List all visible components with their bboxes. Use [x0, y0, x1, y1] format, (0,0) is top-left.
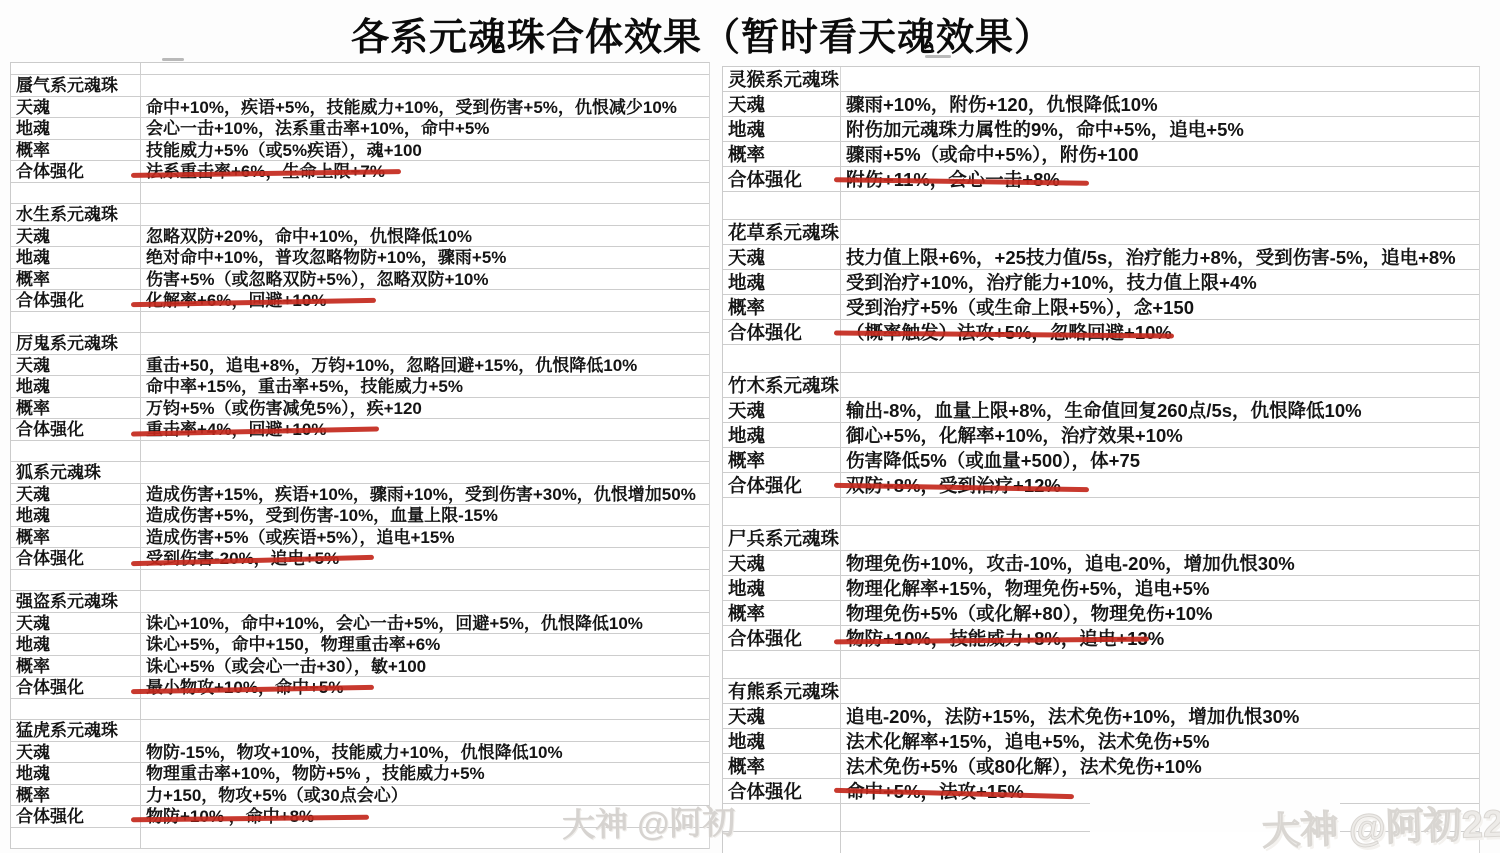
red-strikethrough-mark	[131, 426, 379, 436]
attribute-row: 合体强化附伤+11%，会心一击+8%	[723, 167, 1479, 192]
attribute-row: 概率骤雨+5%（或命中+5%），附伤+100	[723, 142, 1479, 167]
section-title-row: 狐系元魂珠	[11, 462, 709, 484]
row-label: 水生系元魂珠	[11, 204, 141, 225]
row-label: 天魂	[723, 398, 841, 422]
spacer-row	[11, 441, 709, 463]
row-value	[841, 679, 1479, 703]
row-label: 地魂	[723, 576, 841, 600]
row-label: 狐系元魂珠	[11, 462, 141, 483]
row-value: 会心一击+10%，法系重击率+10%，命中+5%	[141, 118, 709, 139]
row-value: 最小物攻+10%，命中+5%	[141, 677, 709, 698]
row-label: 天魂	[11, 742, 141, 763]
attribute-row: 概率造成伤害+5%（或疾语+5%），追电+15%	[11, 527, 709, 549]
row-value: 诛心+5%，命中+150，物理重击率+6%	[141, 634, 709, 655]
attribute-row: 地魂附伤加元魂珠力属性的9%，命中+5%，追电+5%	[723, 117, 1479, 142]
row-label: 天魂	[11, 613, 141, 634]
red-strikethrough-mark	[834, 331, 1174, 339]
attribute-row: 概率伤害+5%（或忽略双防+5%），忽略双防+10%	[11, 269, 709, 291]
row-label	[723, 832, 841, 853]
attribute-row: 天魂技力值上限+6%，+25技力值/5s，治疗能力+8%，受到伤害-5%，追电+…	[723, 245, 1479, 270]
blank-row	[723, 832, 1479, 853]
row-label	[723, 192, 841, 219]
row-value: 命中+10%，疾语+5%，技能威力+10%，受到伤害+5%，仇恨减少10%	[141, 97, 709, 118]
attribute-row: 合体强化（概率触发）法攻+5%，忽略回避+10%	[723, 320, 1479, 345]
row-value: 输出-8%，血量上限+8%，生命值回复260点/5s，仇恨降低10%	[841, 398, 1479, 422]
row-label: 合体强化	[11, 806, 141, 827]
row-label	[11, 312, 141, 333]
attribute-row: 天魂重击+50，追电+8%，万钧+10%，忽略回避+15%，仇恨降低10%	[11, 355, 709, 377]
attribute-row: 概率诛心+5%（或会心一击+30），敏+100	[11, 656, 709, 678]
row-value	[141, 183, 709, 204]
row-label: 有熊系元魂珠	[723, 679, 841, 703]
attribute-row: 地魂诛心+5%，命中+150，物理重击率+6%	[11, 634, 709, 656]
row-label: 灵猴系元魂珠	[723, 67, 841, 91]
row-value	[841, 498, 1479, 525]
row-value	[141, 204, 709, 225]
row-value: 物理免伤+5%（或化解+80），物理免伤+10%	[841, 601, 1479, 625]
row-label: 合体强化	[11, 677, 141, 698]
row-value: 重击+50，追电+8%，万钧+10%，忽略回避+15%，仇恨降低10%	[141, 355, 709, 376]
row-value: 物理免伤+10%，攻击-10%，追电-20%，增加仇恨30%	[841, 551, 1479, 575]
row-label: 概率	[723, 601, 841, 625]
row-label: 合体强化	[11, 548, 141, 569]
row-label: 地魂	[11, 376, 141, 397]
red-strikethrough-mark	[834, 483, 1089, 492]
section-title-row: 有熊系元魂珠	[723, 679, 1479, 704]
row-label: 地魂	[723, 117, 841, 141]
section-title-row: 厉鬼系元魂珠	[11, 333, 709, 355]
row-value: 绝对命中+10%，普攻忽略物防+10%，骤雨+5%	[141, 247, 709, 268]
attribute-row: 天魂命中+10%，疾语+5%，技能威力+10%，受到伤害+5%，仇恨减少10%	[11, 97, 709, 119]
row-label	[11, 828, 141, 849]
spacer-row	[723, 192, 1479, 220]
row-value: 物理化解率+15%，物理免伤+5%，追电+5%	[841, 576, 1479, 600]
attribute-row: 天魂输出-8%，血量上限+8%，生命值回复260点/5s，仇恨降低10%	[723, 398, 1479, 423]
attribute-row: 合体强化最小物攻+10%，命中+5%	[11, 677, 709, 699]
row-value	[141, 63, 709, 74]
row-value: 物防+10% ，命中+8%	[141, 806, 709, 827]
attribute-row: 合体强化物防+10%，技能威力+8%，追电+13%	[723, 626, 1479, 651]
row-value	[841, 345, 1479, 372]
row-label: 合体强化	[723, 626, 841, 650]
row-value: 技力值上限+6%，+25技力值/5s，治疗能力+8%，受到伤害-5%，追电+8%	[841, 245, 1479, 269]
row-value: 骤雨+10%，附伤+120，仇恨降低10%	[841, 92, 1479, 116]
row-value: 力+150，物攻+5%（或30点会心）	[141, 785, 709, 806]
attribute-row: 天魂诛心+10%，命中+10%，会心一击+5%，回避+5%，仇恨降低10%	[11, 613, 709, 635]
attribute-row: 概率法术免伤+5%（或80化解），法术免伤+10%	[723, 754, 1479, 779]
attribute-row: 概率万钧+5%（或伤害减免5%），疾+120	[11, 398, 709, 420]
row-value	[841, 192, 1479, 219]
row-label: 蜃气系元魂珠	[11, 75, 141, 96]
row-value: 造成伤害+5%，受到伤害-10%，血量上限-15%	[141, 505, 709, 526]
row-label: 尸兵系元魂珠	[723, 526, 841, 550]
row-value: 物理重击率+10%，物防+5% ，技能威力+5%	[141, 763, 709, 784]
row-value: 技能威力+5%（或5%疾语），魂+100	[141, 140, 709, 161]
row-value: 化解率+6%，回避+10%	[141, 290, 709, 311]
row-value: 伤害降低5%（或血量+500），体+75	[841, 448, 1479, 472]
row-label: 地魂	[11, 634, 141, 655]
row-value	[141, 828, 709, 849]
row-value: 万钧+5%（或伤害减免5%），疾+120	[141, 398, 709, 419]
page-title: 各系元魂珠合体效果（暂时看天魂效果）	[0, 6, 1404, 61]
attribute-row: 合体强化重击率+4%，回避+10%	[11, 419, 709, 441]
row-value	[141, 591, 709, 612]
attribute-row: 天魂追电-20%，法防+15%，法术免伤+10%，增加仇恨30%	[723, 704, 1479, 729]
row-value	[841, 67, 1479, 91]
row-value: 受到治疗+10%，治疗能力+10%，技力值上限+4%	[841, 270, 1479, 294]
row-label: 天魂	[11, 226, 141, 247]
attribute-row: 天魂骤雨+10%，附伤+120，仇恨降低10%	[723, 92, 1479, 117]
attribute-row: 地魂物理重击率+10%，物防+5% ，技能威力+5%	[11, 763, 709, 785]
row-value	[141, 333, 709, 354]
spacer-row	[723, 651, 1479, 679]
attribute-row: 天魂物防-15%，物攻+10%，技能威力+10%，仇恨降低10%	[11, 742, 709, 764]
row-value	[841, 220, 1479, 244]
attribute-row: 天魂物理免伤+10%，攻击-10%，追电-20%，增加仇恨30%	[723, 551, 1479, 576]
row-label	[723, 498, 841, 525]
section-title-row: 尸兵系元魂珠	[723, 526, 1479, 551]
row-label: 地魂	[723, 423, 841, 447]
row-value: 受到伤害-20%，追电+5%	[141, 548, 709, 569]
attribute-row: 合体强化法系重击率+6%，生命上限+7%	[11, 161, 709, 183]
attribute-row: 地魂造成伤害+5%，受到伤害-10%，血量上限-15%	[11, 505, 709, 527]
row-value: 附伤加元魂珠力属性的9%，命中+5%，追电+5%	[841, 117, 1479, 141]
row-value	[841, 526, 1479, 550]
row-label: 强盗系元魂珠	[11, 591, 141, 612]
red-strikethrough-mark	[131, 555, 374, 566]
row-label: 天魂	[723, 551, 841, 575]
row-label: 天魂	[11, 97, 141, 118]
attribute-row: 地魂会心一击+10%，法系重击率+10%，命中+5%	[11, 118, 709, 140]
row-label: 天魂	[723, 245, 841, 269]
row-label: 地魂	[11, 118, 141, 139]
attribute-row: 地魂受到治疗+10%，治疗能力+10%，技力值上限+4%	[723, 270, 1479, 295]
row-label: 地魂	[723, 270, 841, 294]
row-value: 法术化解率+15%，追电+5%，法术免伤+5%	[841, 729, 1479, 753]
red-strikethrough-mark	[131, 298, 376, 307]
row-label: 合体强化	[723, 779, 841, 803]
row-value: 诛心+5%（或会心一击+30），敏+100	[141, 656, 709, 677]
attribute-row: 地魂御心+5%，化解率+10%，治疗效果+10%	[723, 423, 1479, 448]
row-label	[11, 699, 141, 720]
attribute-row: 合体强化化解率+6%，回避+10%	[11, 290, 709, 312]
row-label: 合体强化	[11, 161, 141, 182]
row-label: 厉鬼系元魂珠	[11, 333, 141, 354]
row-value	[141, 462, 709, 483]
row-label: 合体强化	[11, 290, 141, 311]
row-value	[141, 699, 709, 720]
attribute-row: 概率力+150，物攻+5%（或30点会心）	[11, 785, 709, 807]
partial-top-row	[11, 63, 709, 75]
attribute-row: 合体强化受到伤害-20%，追电+5%	[11, 548, 709, 570]
row-label: 天魂	[723, 704, 841, 728]
row-label	[723, 345, 841, 372]
row-value	[141, 570, 709, 591]
section-title-row: 水生系元魂珠	[11, 204, 709, 226]
row-value: 造成伤害+5%（或疾语+5%），追电+15%	[141, 527, 709, 548]
section-title-row: 猛虎系元魂珠	[11, 720, 709, 742]
row-label: 概率	[723, 142, 841, 166]
red-strikethrough-mark	[131, 685, 374, 694]
row-value: 命中率+15%，重击率+5%，技能威力+5%	[141, 376, 709, 397]
row-value: （概率触发）法攻+5%，忽略回避+10%	[841, 320, 1479, 344]
row-label: 概率	[11, 785, 141, 806]
row-value: 法系重击率+6%，生命上限+7%	[141, 161, 709, 182]
row-value	[141, 75, 709, 96]
white-eraser-patch	[1090, 780, 1340, 832]
cropped-text-fragment	[162, 58, 184, 61]
spacer-row	[723, 345, 1479, 373]
row-label: 概率	[11, 269, 141, 290]
row-label: 合体强化	[723, 320, 841, 344]
spacer-row	[11, 828, 709, 850]
spacer-row	[723, 498, 1479, 526]
row-label	[723, 804, 841, 831]
row-value: 重击率+4%，回避+10%	[141, 419, 709, 440]
row-label	[11, 570, 141, 591]
row-value: 骤雨+5%（或命中+5%），附伤+100	[841, 142, 1479, 166]
row-label: 竹木系元魂珠	[723, 373, 841, 397]
row-label: 概率	[723, 295, 841, 319]
row-value: 忽略双防+20%，命中+10%，仇恨降低10%	[141, 226, 709, 247]
row-label: 合体强化	[723, 473, 841, 497]
row-label: 地魂	[723, 729, 841, 753]
attribute-row: 概率伤害降低5%（或血量+500），体+75	[723, 448, 1479, 473]
row-label: 天魂	[11, 355, 141, 376]
section-title-row: 强盗系元魂珠	[11, 591, 709, 613]
row-label: 概率	[11, 527, 141, 548]
attribute-row: 地魂物理化解率+15%，物理免伤+5%，追电+5%	[723, 576, 1479, 601]
row-label	[11, 441, 141, 462]
row-value	[141, 312, 709, 333]
attribute-row: 天魂造成伤害+15%，疾语+10%，骤雨+10%，受到伤害+30%，仇恨增加50…	[11, 484, 709, 506]
spacer-row	[11, 570, 709, 592]
row-value	[841, 651, 1479, 678]
row-value: 法术免伤+5%（或80化解），法术免伤+10%	[841, 754, 1479, 778]
row-label: 概率	[11, 140, 141, 161]
row-label: 地魂	[11, 247, 141, 268]
right-table: 灵猴系元魂珠天魂骤雨+10%，附伤+120，仇恨降低10%地魂附伤加元魂珠力属性…	[722, 66, 1480, 853]
row-label: 合体强化	[723, 167, 841, 191]
row-label: 概率	[723, 448, 841, 472]
row-label: 天魂	[11, 484, 141, 505]
section-title-row: 花草系元魂珠	[723, 220, 1479, 245]
attribute-row: 地魂命中率+15%，重击率+5%，技能威力+5%	[11, 376, 709, 398]
row-label: 天魂	[723, 92, 841, 116]
red-strikethrough-mark	[834, 177, 1089, 186]
spacer-row	[11, 183, 709, 205]
row-value: 伤害+5%（或忽略双防+5%），忽略双防+10%	[141, 269, 709, 290]
section-title-row: 竹木系元魂珠	[723, 373, 1479, 398]
row-label: 合体强化	[11, 419, 141, 440]
section-title-row: 灵猴系元魂珠	[723, 67, 1479, 92]
row-value	[841, 373, 1479, 397]
row-value: 御心+5%，化解率+10%，治疗效果+10%	[841, 423, 1479, 447]
row-value: 双防+8%，受到治疗+12%	[841, 473, 1479, 497]
attribute-row: 合体强化双防+8%，受到治疗+12%	[723, 473, 1479, 498]
attribute-row: 概率物理免伤+5%（或化解+80），物理免伤+10%	[723, 601, 1479, 626]
red-strikethrough-mark	[834, 788, 1074, 799]
attribute-row: 地魂法术化解率+15%，追电+5%，法术免伤+5%	[723, 729, 1479, 754]
left-table: 蜃气系元魂珠天魂命中+10%，疾语+5%，技能威力+10%，受到伤害+5%，仇恨…	[10, 62, 710, 849]
red-strikethrough-mark	[834, 637, 1149, 645]
section-title-row: 蜃气系元魂珠	[11, 75, 709, 97]
cropped-text-fragment	[925, 55, 951, 58]
row-label	[11, 183, 141, 204]
attribute-row: 天魂忽略双防+20%，命中+10%，仇恨降低10%	[11, 226, 709, 248]
spacer-row	[11, 312, 709, 334]
attribute-row: 概率受到治疗+5%（或生命上限+5%），念+150	[723, 295, 1479, 320]
attribute-row: 地魂绝对命中+10%，普攻忽略物防+10%，骤雨+5%	[11, 247, 709, 269]
attribute-row: 概率技能威力+5%（或5%疾语），魂+100	[11, 140, 709, 162]
row-value	[141, 720, 709, 741]
row-value: 附伤+11%，会心一击+8%	[841, 167, 1479, 191]
row-label: 花草系元魂珠	[723, 220, 841, 244]
row-value	[841, 832, 1479, 853]
attribute-row: 合体强化物防+10% ，命中+8%	[11, 806, 709, 828]
row-label: 概率	[11, 656, 141, 677]
row-label	[11, 63, 141, 74]
row-label: 地魂	[11, 505, 141, 526]
row-value	[141, 441, 709, 462]
red-strikethrough-mark	[131, 815, 369, 822]
row-value: 造成伤害+15%，疾语+10%，骤雨+10%，受到伤害+30%，仇恨增加50%	[141, 484, 709, 505]
row-label: 地魂	[11, 763, 141, 784]
row-value: 诛心+10%，命中+10%，会心一击+5%，回避+5%，仇恨降低10%	[141, 613, 709, 634]
spreadsheet-page: 各系元魂珠合体效果（暂时看天魂效果） 蜃气系元魂珠天魂命中+10%，疾语+5%，…	[0, 0, 1500, 853]
row-label: 概率	[723, 754, 841, 778]
row-value: 物防-15%，物攻+10%，技能威力+10%，仇恨降低10%	[141, 742, 709, 763]
spacer-row	[11, 699, 709, 721]
row-value: 受到治疗+5%（或生命上限+5%），念+150	[841, 295, 1479, 319]
row-label: 概率	[11, 398, 141, 419]
row-label: 猛虎系元魂珠	[11, 720, 141, 741]
row-label	[723, 651, 841, 678]
row-value: 物防+10%，技能威力+8%，追电+13%	[841, 626, 1479, 650]
row-value: 追电-20%，法防+15%，法术免伤+10%，增加仇恨30%	[841, 704, 1479, 728]
red-strikethrough-mark	[131, 169, 401, 178]
